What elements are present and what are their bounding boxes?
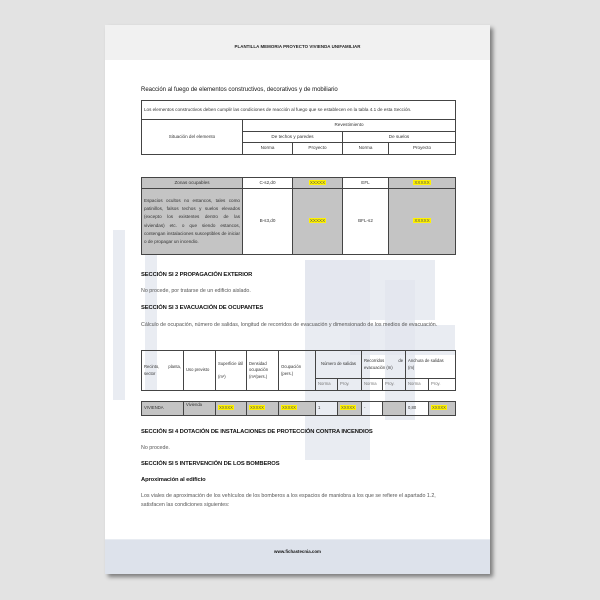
cell-uso: Vivienda [184, 402, 216, 416]
cell-anchura-norma: 0,80 [406, 402, 429, 416]
section-si4-text: No procede. [141, 444, 455, 453]
col-proyecto: Proyecto [389, 143, 456, 155]
col-densidad: Densidad ocupación (m²/pers.) [247, 351, 279, 391]
col-norma: Norma [362, 379, 383, 391]
cell-ocupacion: XXXXX [279, 402, 316, 416]
section-si3-title: SECCIÓN SI 3 EVACUACIÓN DE OCUPANTES [141, 305, 263, 311]
cell-suelos-norma: EFL [343, 178, 389, 189]
cell-recorridos-norma: - [362, 402, 383, 416]
cell-densidad: XXXXX [247, 402, 279, 416]
cell-suelos-norma: BFL-s2 [343, 189, 389, 255]
col-proyecto: Proyecto [293, 143, 343, 155]
col-recinto: Recinto, planta, sector [142, 351, 184, 391]
cell-recinto: VIVIENDA [142, 402, 184, 416]
col-recorridos: Recorridos de evacuación (m) [362, 351, 406, 379]
cell-suelos-proyecto: XXXXX [389, 178, 456, 189]
cell-salidas-norma: 1 [316, 402, 338, 416]
page-footer: www.fichastecnia.com [105, 549, 490, 554]
col-suelos: De suelos [343, 132, 456, 143]
table-row: VIVIENDA Vivienda XXXXX XXXXX XXXXX 1 XX… [142, 402, 456, 416]
page-header: PLANTILLA MEMORIA PROYECTO VIVIENDA UNIF… [105, 44, 490, 49]
table-intro: Los elementos constructivos deben cumpli… [142, 101, 456, 120]
cell-superficie: XXXXX [216, 402, 247, 416]
col-proy: Proy. [383, 379, 406, 391]
evacuation-table-body: VIVIENDA Vivienda XXXXX XXXXX XXXXX 1 XX… [141, 401, 456, 416]
cell-anchura-proy: XXXXX [429, 402, 456, 416]
cell-salidas-proy: XXXXX [338, 402, 362, 416]
cell-techos-proyecto: XXXXX [293, 178, 343, 189]
section-si5-text: Los viales de aproximación de los vehícu… [141, 492, 455, 510]
header-band [105, 25, 490, 60]
section-si5-subtitle: Aproximación al edificio [141, 477, 206, 483]
table-row: Zonas ocupables C-s2,d0 XXXXX EFL XXXXX [142, 178, 456, 189]
table-row: Espacios ocultos no estancos, tales como… [142, 189, 456, 255]
section-si5-title: SECCIÓN SI 5 INTERVENCIÓN DE LOS BOMBERO… [141, 461, 279, 467]
cell-situacion: Zonas ocupables [142, 178, 243, 189]
footer-band: www.fichastecnia.com [105, 539, 490, 574]
cell-recorridos-proy [383, 402, 406, 416]
col-ocupacion: Ocupación (pers.) [279, 351, 316, 391]
watermark-bar-1 [113, 230, 125, 400]
col-anchura: Anchura de salidas (m) [406, 351, 456, 379]
reaction-table-body: Zonas ocupables C-s2,d0 XXXXX EFL XXXXX … [141, 177, 456, 255]
col-revestimiento: Revestimiento [243, 120, 456, 132]
section-si3-text: Cálculo de ocupación, número de salidas,… [141, 321, 455, 330]
col-proy: Proy. [429, 379, 456, 391]
cell-suelos-proyecto: XXXXX [389, 189, 456, 255]
col-norma: Norma [316, 379, 338, 391]
col-uso: Uso previsto [184, 351, 216, 391]
cell-techos-norma: B-s3,d0 [243, 189, 293, 255]
col-situacion: Situación del elemento [142, 120, 243, 155]
reaction-table-header: Los elementos constructivos deben cumpli… [141, 100, 456, 155]
document-page: PLANTILLA MEMORIA PROYECTO VIVIENDA UNIF… [105, 25, 490, 574]
section-si2-title: SECCIÓN SI 2 PROPAGACIÓN EXTERIOR [141, 272, 252, 278]
evacuation-table-header: Recinto, planta, sector Uso previsto Sup… [141, 350, 456, 391]
col-norma: Norma [406, 379, 429, 391]
subheading-reaccion: Reacción al fuego de elementos construct… [141, 87, 338, 93]
cell-situacion: Espacios ocultos no estancos, tales como… [142, 189, 243, 255]
cell-techos-proyecto: XXXXX [293, 189, 343, 255]
col-norma: Norma [243, 143, 293, 155]
col-proy: Proy. [338, 379, 362, 391]
col-techos: De techos y paredes [243, 132, 343, 143]
col-salidas: Número de salidas [316, 351, 362, 379]
col-norma: Norma [343, 143, 389, 155]
section-si2-text: No procede, por tratarse de un edificio … [141, 287, 455, 296]
section-si4-title: SECCIÓN SI 4 DOTACIÓN DE INSTALACIONES D… [141, 429, 373, 435]
col-superficie: Superficie útil (m²) [216, 351, 247, 391]
cell-techos-norma: C-s2,d0 [243, 178, 293, 189]
